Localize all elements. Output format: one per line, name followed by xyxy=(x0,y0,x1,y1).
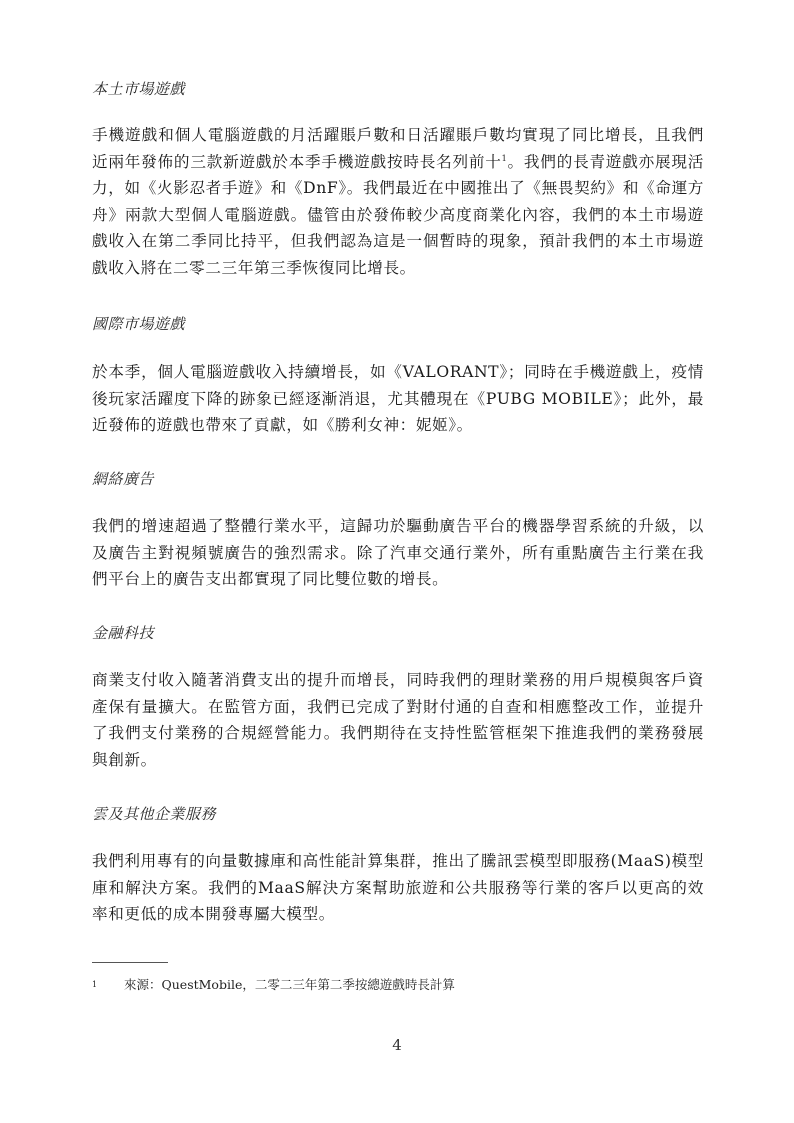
paragraph-text: 。我們的長青遊戲亦展現活力，如《火影忍者手遊》和《DnF》。我們最近在中國推出了… xyxy=(92,153,704,277)
footnote: 1 來源：QuestMobile，二零二三年第二季按總遊戲時長計算 xyxy=(92,975,455,993)
footnote-divider xyxy=(92,962,168,963)
section-heading-fintech: 金融科技 xyxy=(92,622,154,643)
section-heading-international-games: 國際市場遊戲 xyxy=(92,313,185,334)
section-paragraph-domestic-games: 手機遊戲和個人電腦遊戲的月活躍賬戶數和日活躍賬戶數均實現了同比增長，且我們近兩年… xyxy=(92,122,704,281)
section-heading-online-advertising: 網絡廣告 xyxy=(92,468,154,489)
section-paragraph-online-advertising: 我們的增速超過了整體行業水平，這歸功於驅動廣告平台的機器學習系統的升級，以及廣告… xyxy=(92,513,704,593)
section-heading-domestic-games: 本土市場遊戲 xyxy=(92,78,185,99)
section-heading-cloud-services: 雲及其他企業服務 xyxy=(92,803,216,824)
page-number: 4 xyxy=(0,1036,794,1054)
section-paragraph-fintech: 商業支付收入隨著消費支出的提升而增長，同時我們的理財業務的用戶規模與客戶資產保有… xyxy=(92,667,704,773)
section-paragraph-cloud-services: 我們利用專有的向量數據庫和高性能計算集群，推出了騰訊雲模型即服務(MaaS)模型… xyxy=(92,848,704,928)
footnote-number: 1 xyxy=(92,980,124,989)
footnote-text: 來源：QuestMobile，二零二三年第二季按總遊戲時長計算 xyxy=(124,975,455,993)
section-paragraph-international-games: 於本季，個人電腦遊戲收入持續增長，如《VALORANT》；同時在手機遊戲上，疫情… xyxy=(92,359,704,439)
